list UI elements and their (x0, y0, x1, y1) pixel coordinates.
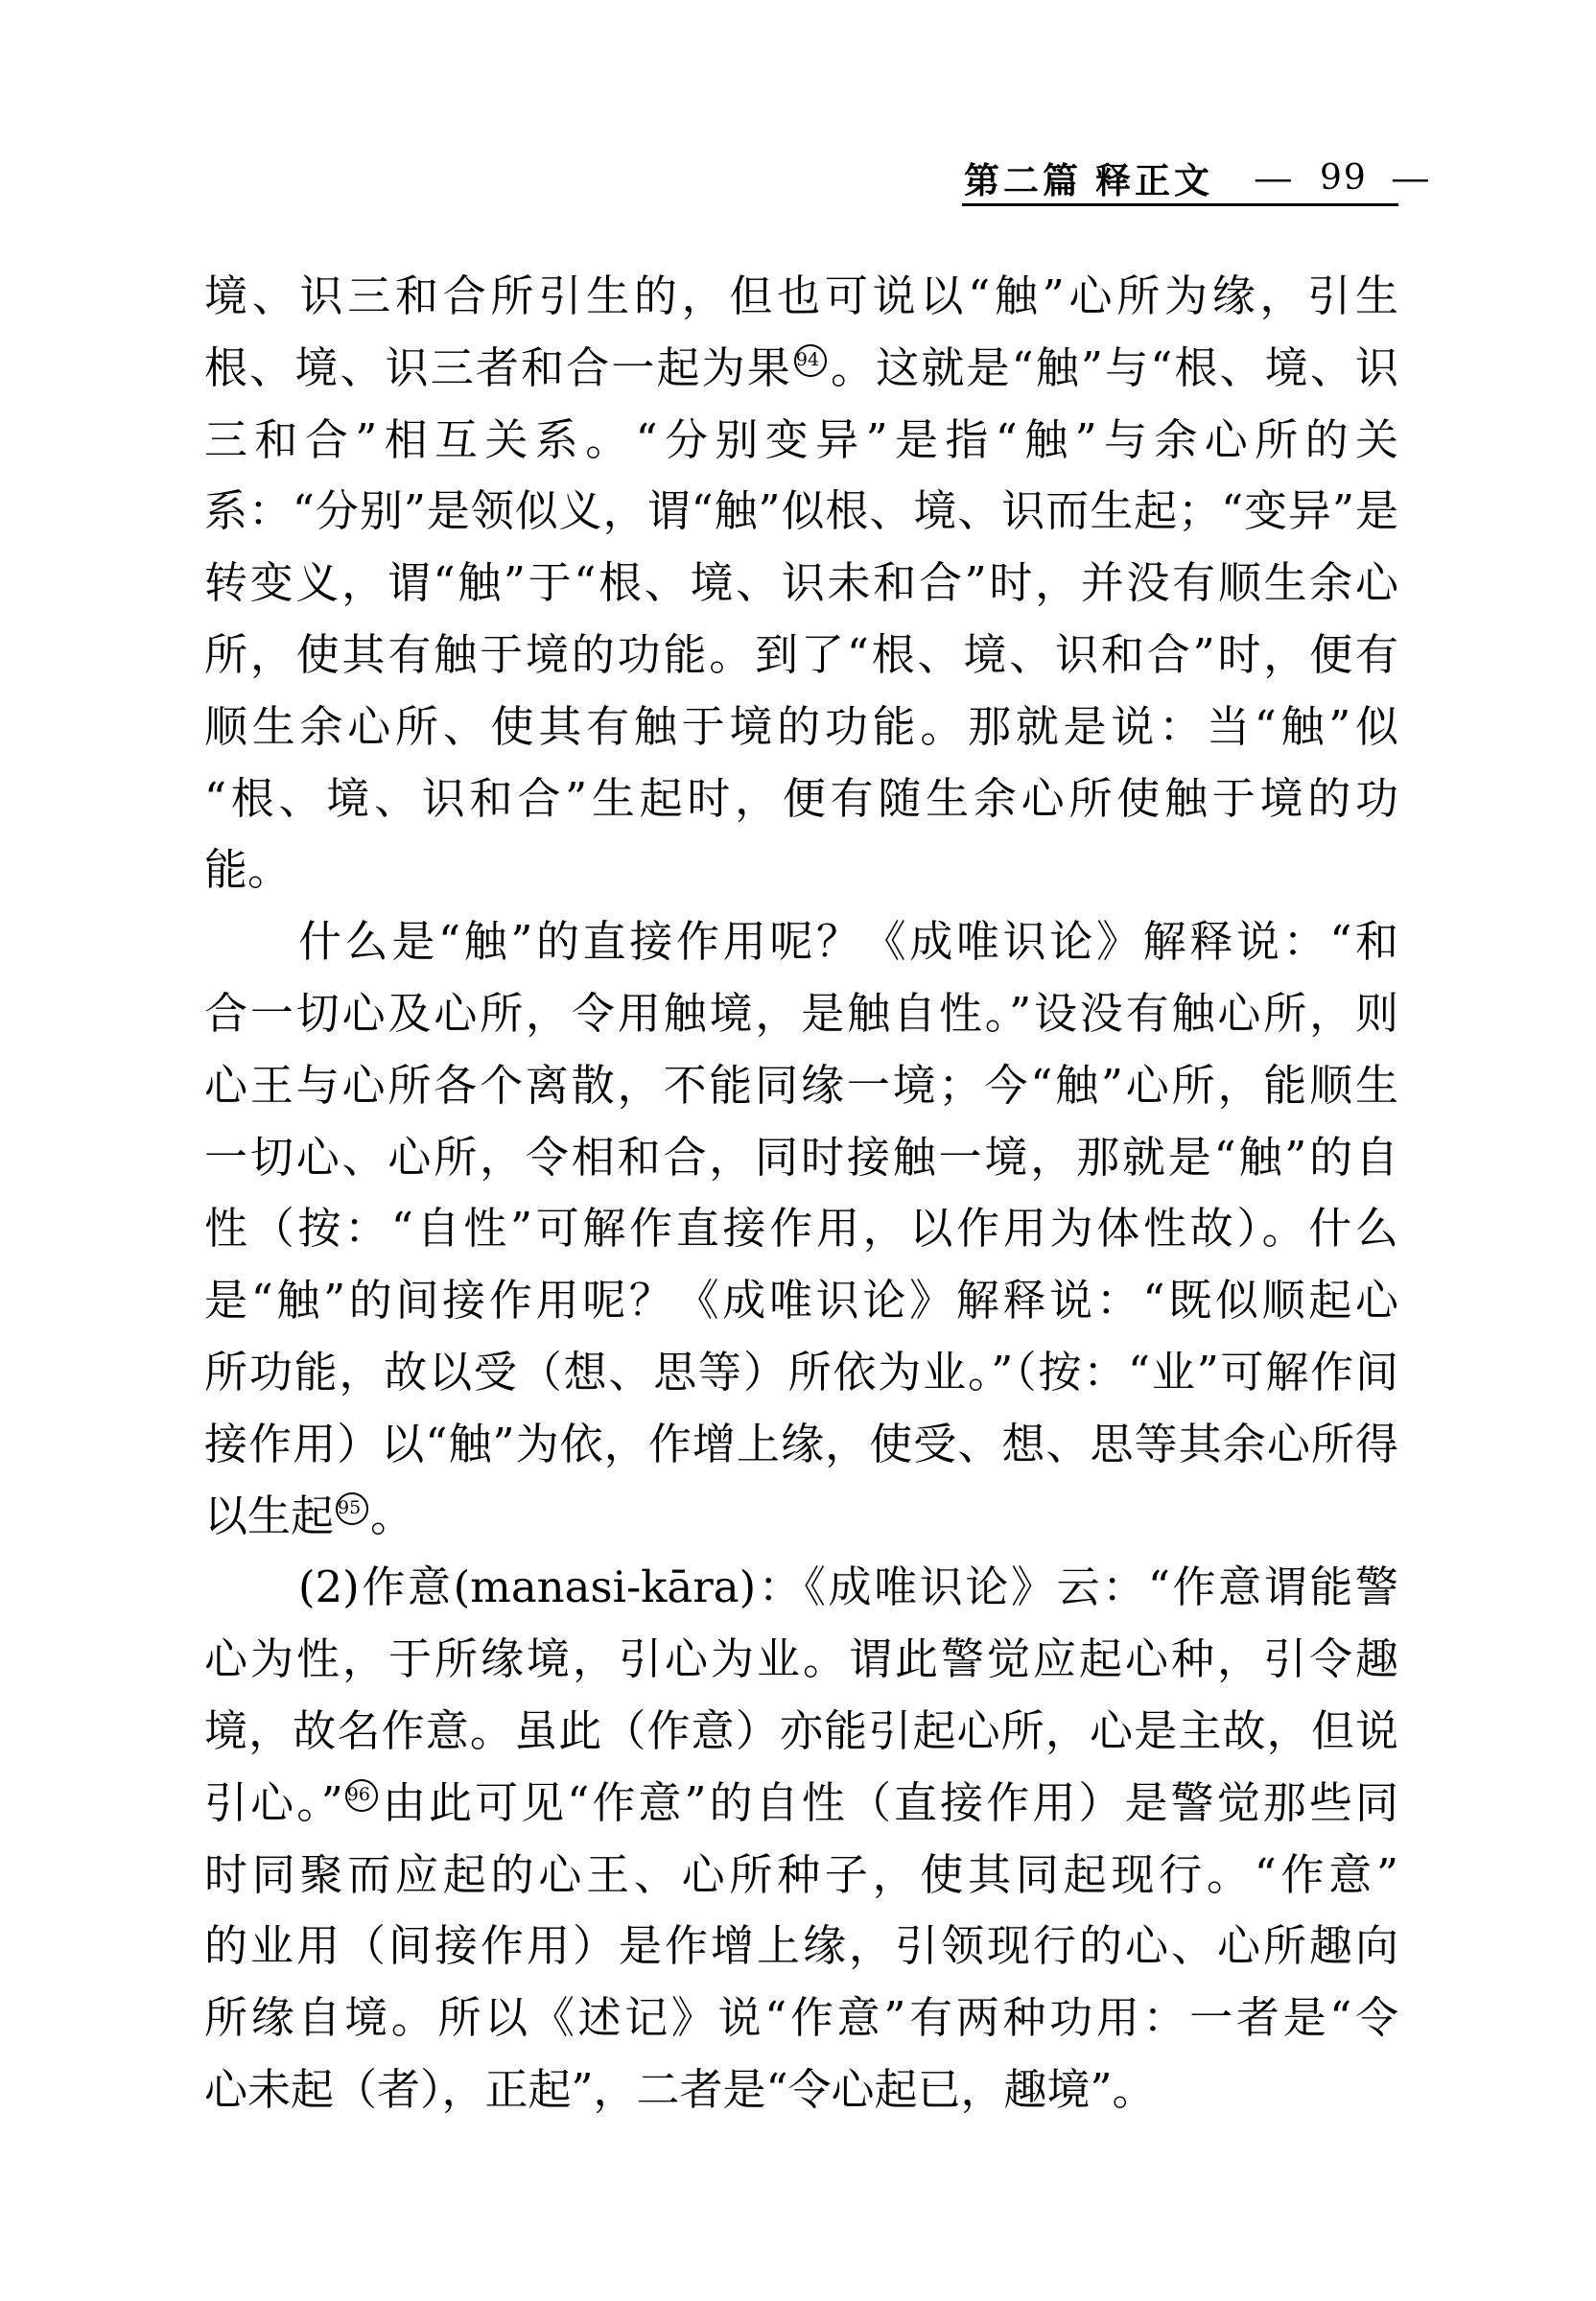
text-line: 什么是“触”的直接作用呢？《成唯识论》解释说：“和 (204, 906, 1398, 978)
page-number-dash-left: — (1254, 157, 1297, 199)
text-line: 境、识三和合所引生的，但也可说以“触”心所为缘，引生 (204, 261, 1398, 333)
footnote-marker: 94 (794, 344, 827, 377)
header-rule (962, 203, 1398, 206)
running-head: 第二篇 释正文 — 99 — (964, 153, 1397, 201)
text-line: 接作用）以“触”为依，作增上缘，使受、想、思等其余心所得 (204, 1409, 1398, 1481)
text-line: 境，故名作意。虽此（作意）亦能引起心所，心是主故，但说 (204, 1696, 1398, 1768)
text-line: 是“触”的间接作用呢？《成唯识论》解释说：“既似顺起心 (204, 1265, 1398, 1337)
text-line: 性（按：“自性”可解作直接作用，以作用为体性故）。什么 (204, 1193, 1398, 1265)
text-line: 所缘自境。所以《述记》说“作意”有两种功用：一者是“令 (204, 1983, 1398, 2054)
chapter-label: 第二篇 (964, 152, 1082, 203)
text-line: 时同聚而应起的心王、心所种子，使其同起现行。“作意” (204, 1840, 1398, 1912)
text-line: 心王与心所各个离散，不能同缘一境；今“触”心所，能顺生 (204, 1050, 1398, 1122)
page-number-dash-right: — (1391, 157, 1434, 199)
text-line: 三和合”相互关系。“分别变异”是指“触”与余心所的关 (204, 405, 1398, 477)
text-line: 能。 (204, 834, 1398, 906)
text-line: 顺生余心所、使其有触于境的功能。那就是说：当“触”似 (204, 692, 1398, 763)
pagination: — 99 — (1256, 157, 1432, 199)
footnote-marker: 95 (336, 1492, 368, 1525)
text-line: 引心。”96由此可见“作意”的自性（直接作用）是警觉那些同 (204, 1768, 1398, 1840)
text-line: 转变义，谓“触”于“根、境、识未和合”时，并没有顺生余心 (204, 548, 1398, 620)
text-line: (2)作意(manasi-kāra)：《成唯识论》云：“作意谓能警 (204, 1552, 1398, 1624)
footnote-marker: 96 (345, 1779, 378, 1812)
section-title: 释正文 (1095, 152, 1213, 203)
body-text: 境、识三和合所引生的，但也可说以“触”心所为缘，引生根、境、识三者和合一起为果9… (204, 261, 1398, 2126)
text-line: 合一切心及心所，令用触境，是触自性。”设没有触心所，则 (204, 978, 1398, 1050)
text-line: 心为性，于所缘境，引心为业。谓此警觉应起心种，引令趣 (204, 1624, 1398, 1696)
text-line: “根、境、识和合”生起时，便有随生余心所使触于境的功 (204, 763, 1398, 835)
text-line: 所功能，故以受（想、思等）所依为业。”（按：“业”可解作间 (204, 1337, 1398, 1409)
text-line: 一切心、心所，令相和合，同时接触一境，那就是“触”的自 (204, 1122, 1398, 1194)
text-line: 所，使其有触于境的功能。到了“根、境、识和合”时，便有 (204, 620, 1398, 692)
text-line: 根、境、识三者和合一起为果94。这就是“触”与“根、境、识 (204, 333, 1398, 405)
text-line: 以生起95。 (204, 1481, 1398, 1553)
book-page: 第二篇 释正文 — 99 — 境、识三和合所引生的，但也可说以“触”心所为缘，引… (0, 0, 1596, 2301)
text-line: 心未起（者），正起”，二者是“令心起已，趣境”。 (204, 2054, 1398, 2126)
text-line: 系：“分别”是领似义，谓“触”似根、境、识而生起；“变异”是 (204, 476, 1398, 548)
page-number: 99 (1320, 158, 1368, 198)
text-line: 的业用（间接作用）是作增上缘，引领现行的心、心所趣向 (204, 1911, 1398, 1983)
